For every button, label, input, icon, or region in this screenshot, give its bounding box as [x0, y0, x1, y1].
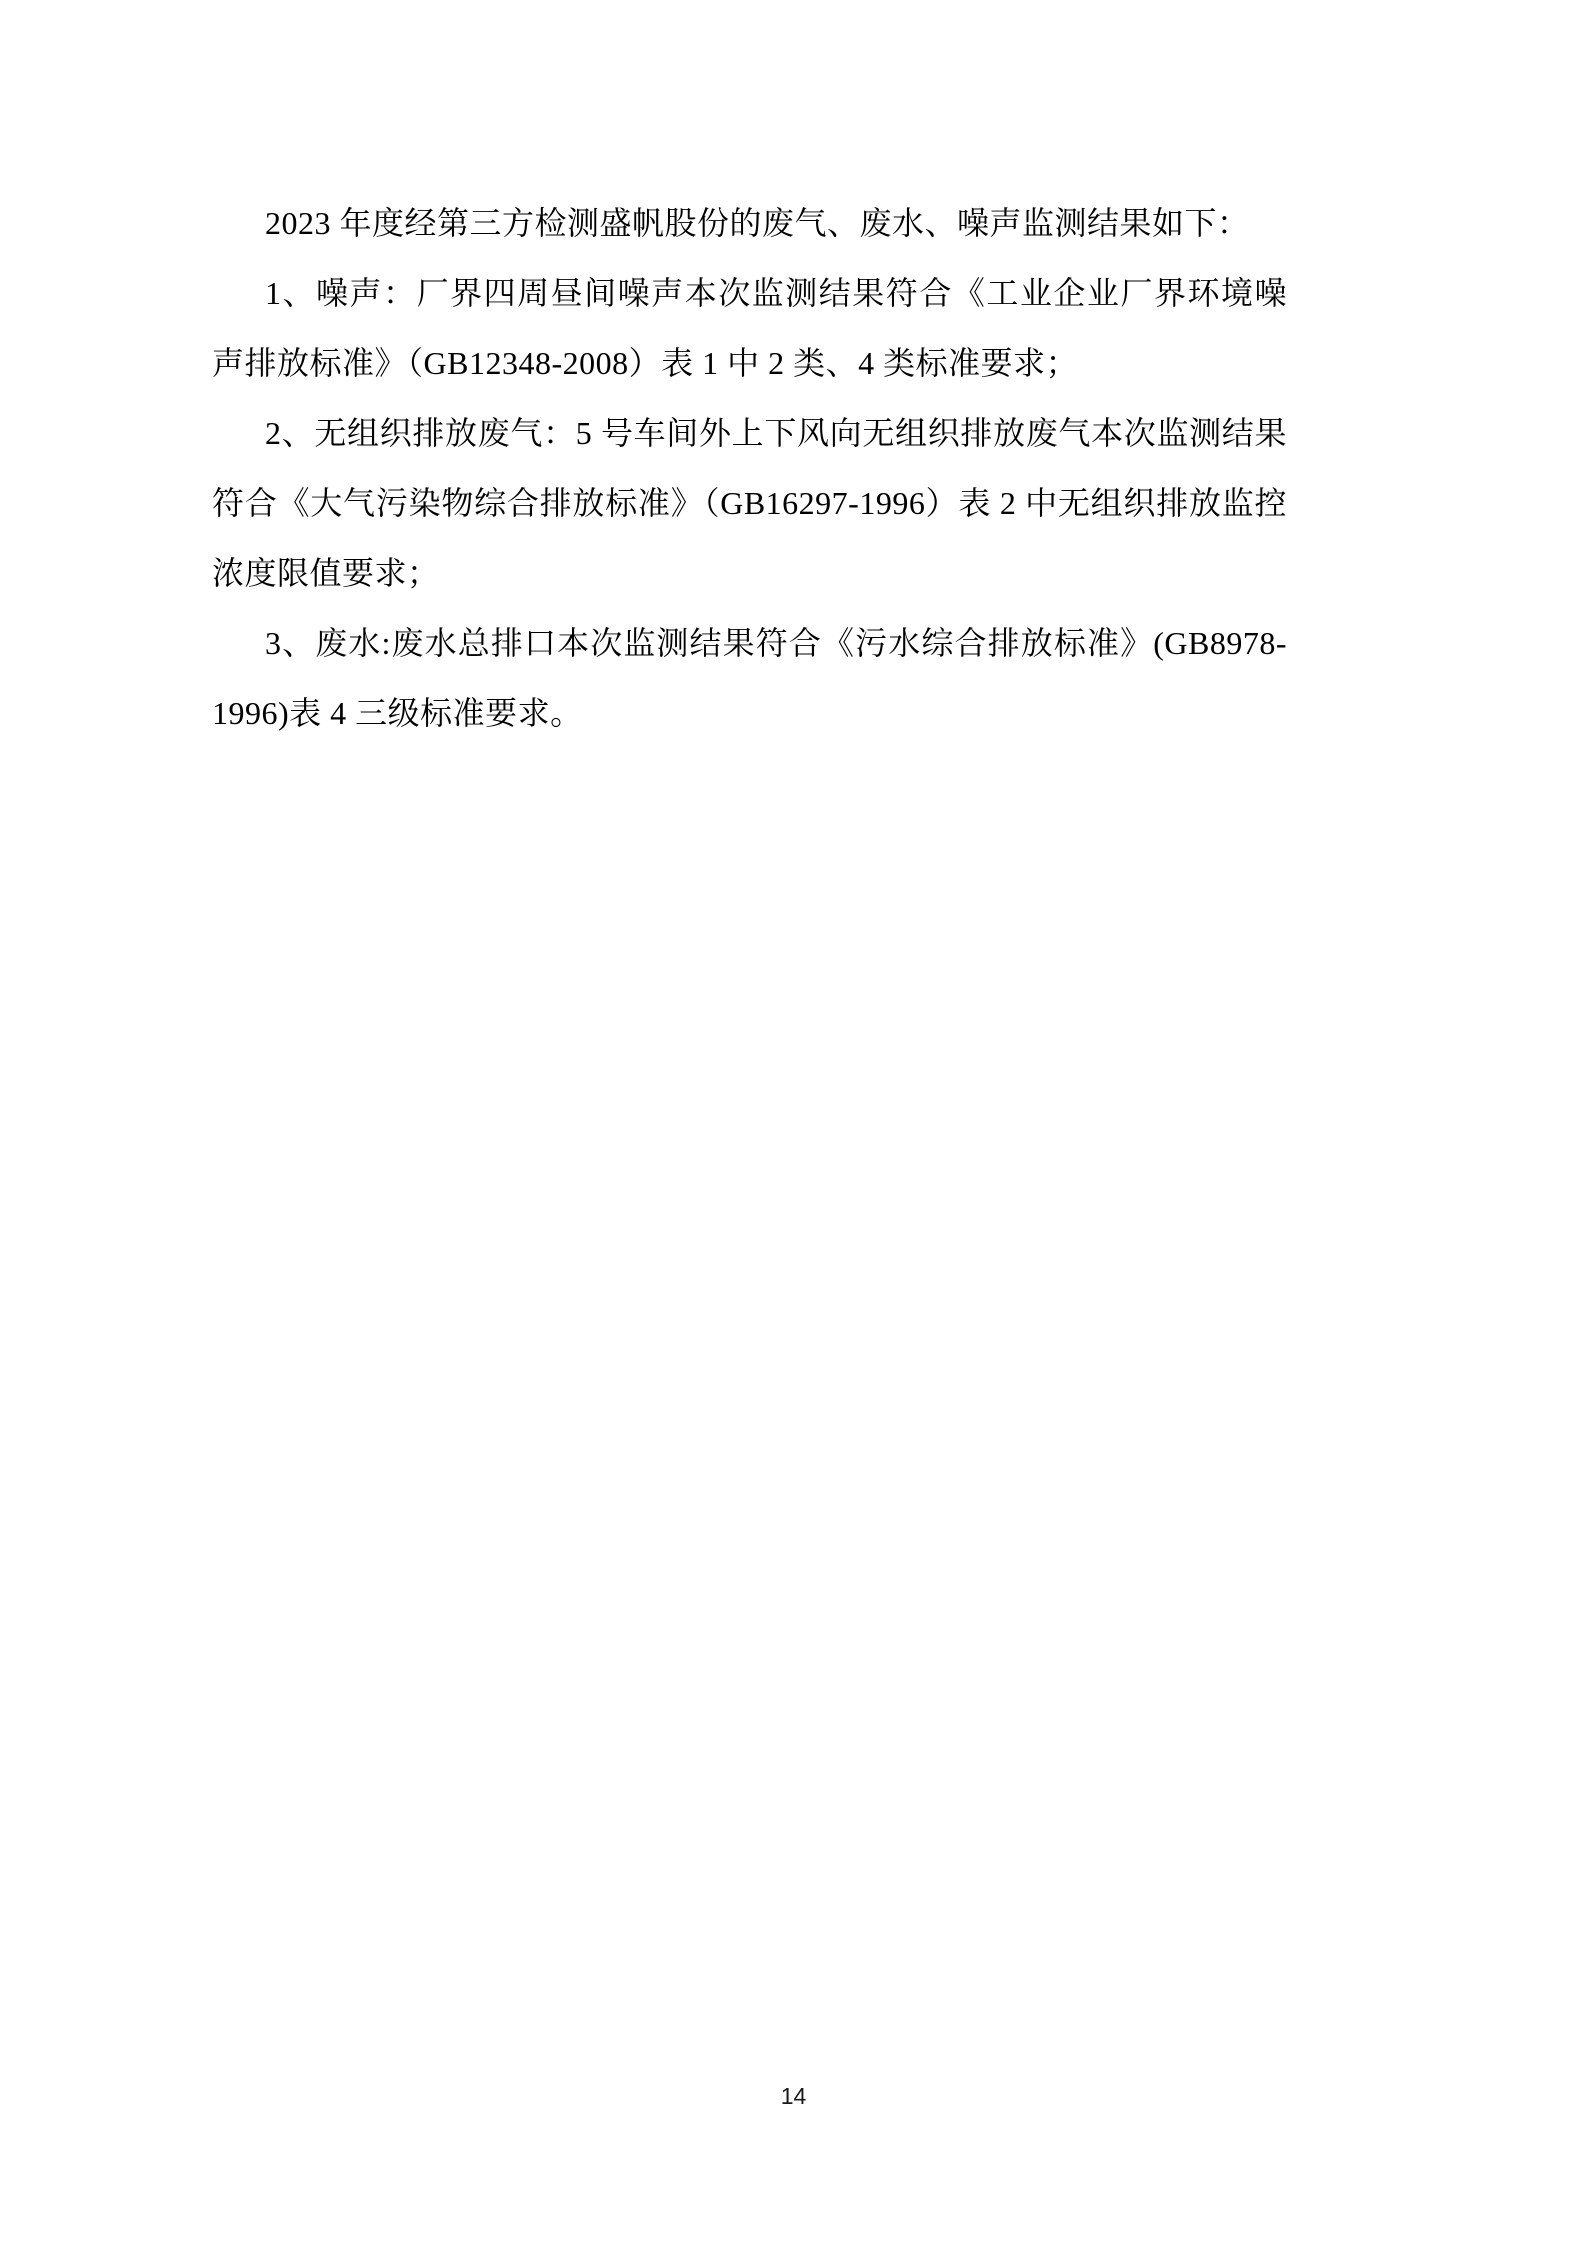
document-body: 2023 年度经第三方检测盛帆股份的废气、废水、噪声监测结果如下： 1、噪声：厂… [212, 188, 1287, 748]
page-number: 14 [0, 2082, 1587, 2110]
document-page: 2023 年度经第三方检测盛帆股份的废气、废水、噪声监测结果如下： 1、噪声：厂… [0, 0, 1587, 2245]
paragraph-item-1-noise: 1、噪声：厂界四周昼间噪声本次监测结果符合《工业企业厂界环境噪声排放标准》（GB… [212, 258, 1287, 398]
paragraph-item-3-wastewater: 3、废水:废水总排口本次监测结果符合《污水综合排放标准》(GB8978-1996… [212, 608, 1287, 748]
paragraph-item-2-fugitive-exhaust-gas: 2、无组织排放废气：5 号车间外上下风向无组织排放废气本次监测结果符合《大气污染… [212, 398, 1287, 608]
paragraph-monitoring-intro: 2023 年度经第三方检测盛帆股份的废气、废水、噪声监测结果如下： [212, 188, 1287, 258]
